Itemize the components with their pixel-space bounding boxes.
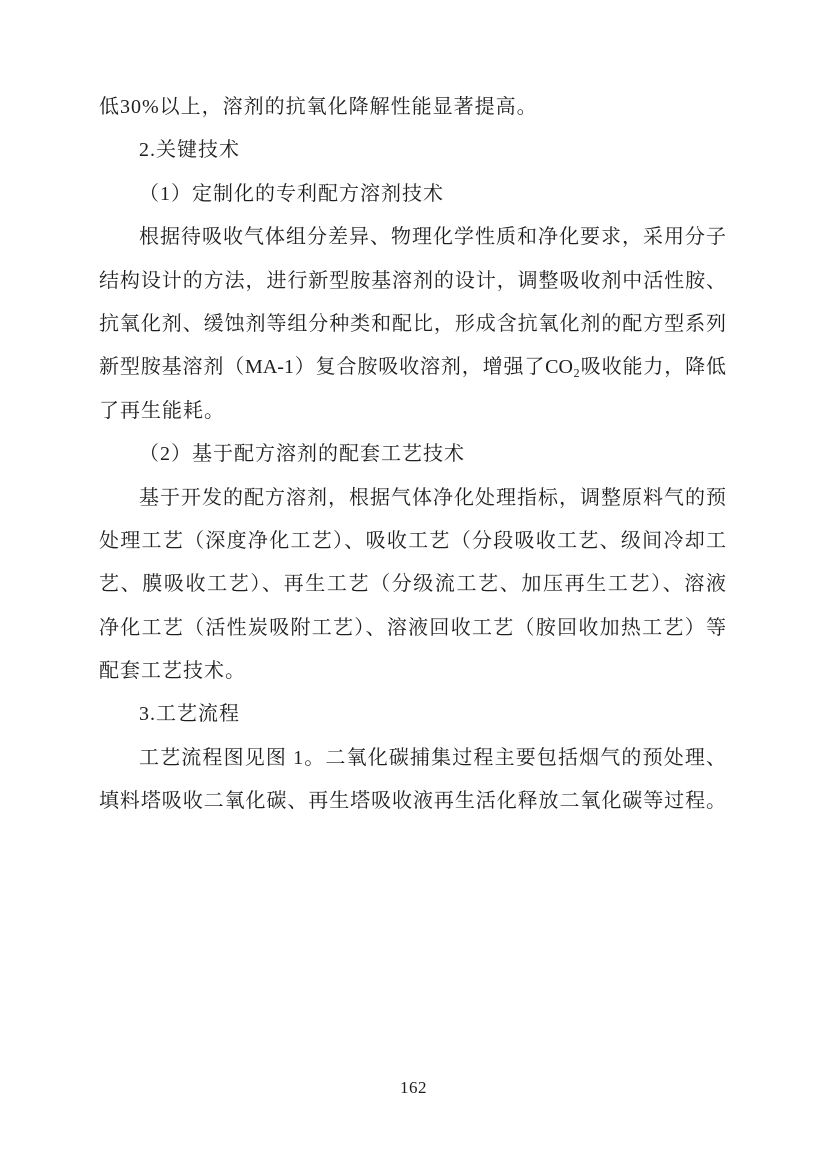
text-line: 艺、膜吸收工艺）、再生工艺（分级流工艺、加压再生工艺）、溶液 [99, 563, 726, 606]
text-line: 了再生能耗。 [99, 390, 726, 433]
text-line: 抗氧化剂、缓蚀剂等组分种类和配比，形成含抗氧化剂的配方型系列 [99, 303, 726, 346]
subheading-2: （2）基于配方溶剂的配套工艺技术 [99, 433, 726, 476]
text-line: 工艺流程图见图 1。二氧化碳捕集过程主要包括烟气的预处理、 [99, 737, 726, 780]
text-line: 根据待吸收气体组分差异、物理化学性质和净化要求，采用分子 [99, 216, 726, 259]
text-line: 结构设计的方法，进行新型胺基溶剂的设计，调整吸收剂中活性胺、 [99, 260, 726, 303]
text-line: 填料塔吸收二氧化碳、再生塔吸收液再生活化释放二氧化碳等过程。 [99, 780, 726, 823]
page-number: 162 [0, 1078, 827, 1098]
document-page: 低30%以上，溶剂的抗氧化降解性能显著提高。 2.关键技术 （1）定制化的专利配… [0, 0, 827, 1169]
heading-key-technology: 2.关键技术 [99, 129, 726, 172]
body-text: 低30%以上，溶剂的抗氧化降解性能显著提高。 2.关键技术 （1）定制化的专利配… [99, 86, 726, 824]
text-line: 新型胺基溶剂（MA-1）复合胺吸收溶剂，增强了CO₂吸收能力，降低 [99, 346, 726, 389]
heading-process-flow: 3.工艺流程 [99, 693, 726, 736]
text-line: 低30%以上，溶剂的抗氧化降解性能显著提高。 [99, 86, 726, 129]
text-line: 净化工艺（活性炭吸附工艺）、溶液回收工艺（胺回收加热工艺）等 [99, 607, 726, 650]
text-line: 处理工艺（深度净化工艺）、吸收工艺（分段吸收工艺、级间冷却工 [99, 520, 726, 563]
text-line: 配套工艺技术。 [99, 650, 726, 693]
text-line: 基于开发的配方溶剂，根据气体净化处理指标，调整原料气的预 [99, 477, 726, 520]
subheading-1: （1）定制化的专利配方溶剂技术 [99, 173, 726, 216]
